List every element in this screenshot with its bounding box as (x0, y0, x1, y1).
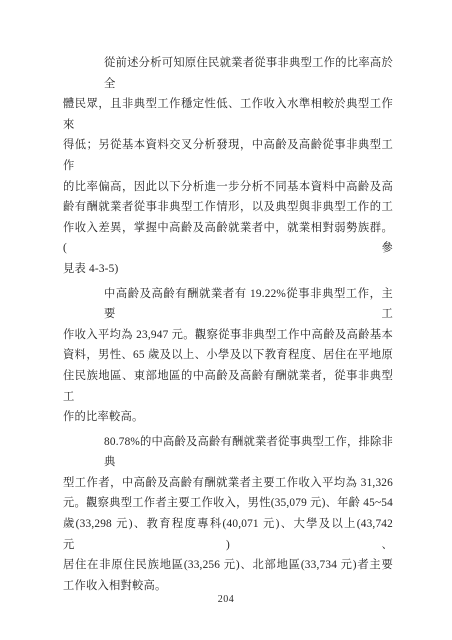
text-line: 住民族地區、東部地區的中高齡及高齡有酬就業者，從事非典型工 (63, 366, 393, 407)
paragraph-2: 中高齡及高齡有酬就業者有 19.22%從事非典型工作，主要工 作收入平均為 23… (63, 284, 393, 428)
text-line: 體民眾，且非典型工作穩定性低、工作收入水準相較於典型工作來 (63, 94, 393, 135)
text-line: 80.78%的中高齡及高齡有酬就業者從事典型工作，排除非典 (63, 432, 393, 473)
text-line: 作收入差異，掌握中高齡及高齡就業者中，就業相對弱勢族群。(參 (63, 218, 393, 259)
document-page: 從前述分析可知原住民就業者從事非典型工作的比率高於全 體民眾，且非典型工作穩定性… (0, 0, 452, 640)
text-line: 型工作者，中高齡及高齡有酬就業者主要工作收入平均為 31,326 (63, 473, 393, 494)
text-line: 的比率偏高，因此以下分析進一步分析不同基本資料中高齡及高 (63, 177, 393, 198)
text-line: 中高齡及高齡有酬就業者有 19.22%從事非典型工作，主要工 (63, 284, 393, 325)
text-line: 資料，男性、65 歲及以上、小學及以下教育程度、居住在平地原 (63, 345, 393, 366)
text-line: 歲(33,298 元)、教育程度專科(40,071 元)、大學及以上(43,74… (63, 514, 393, 555)
paragraph-1: 從前述分析可知原住民就業者從事非典型工作的比率高於全 體民眾，且非典型工作穩定性… (63, 53, 393, 280)
text-line: 元。觀察典型工作者主要工作收入，男性(35,079 元)、年齡 45~54 (63, 493, 393, 514)
text-line: 齡有酬就業者從事非典型工作情形，以及典型與非典型工作的工 (63, 197, 393, 218)
text-line: 得低；另從基本資料交叉分析發現，中高齡及高齡從事非典型工作 (63, 135, 393, 176)
text-line: 作的比率較高。 (63, 407, 393, 428)
text-line: 居住在非原住民族地區(33,256 元)、北部地區(33,734 元)者主要 (63, 555, 393, 576)
body-text: 從前述分析可知原住民就業者從事非典型工作的比率高於全 體民眾，且非典型工作穩定性… (63, 53, 393, 596)
page-number: 204 (0, 594, 452, 605)
paragraph-3: 80.78%的中高齡及高齡有酬就業者從事典型工作，排除非典 型工作者，中高齡及高… (63, 432, 393, 597)
text-line: 從前述分析可知原住民就業者從事非典型工作的比率高於全 (63, 53, 393, 94)
text-line: 作收入平均為 23,947 元。觀察從事非典型工作中高齡及高齡基本 (63, 325, 393, 346)
text-line: 見表 4-3-5) (63, 259, 393, 280)
